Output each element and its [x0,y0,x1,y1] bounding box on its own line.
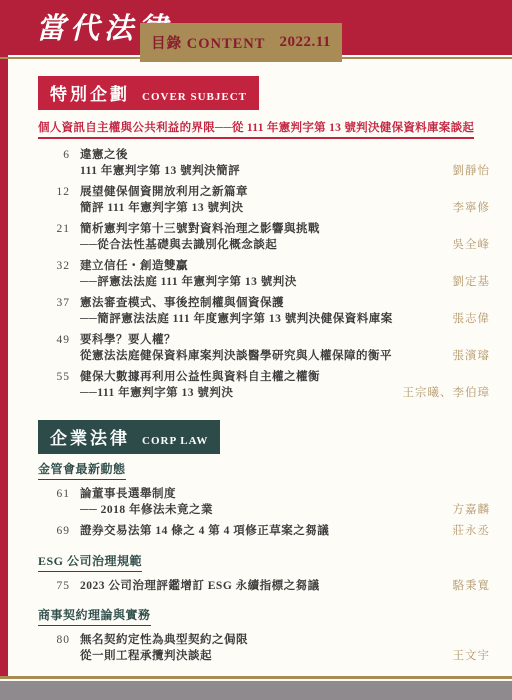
page-number: 32 [38,259,70,275]
corp-group-fsc: 金管會最新動態 61 論董事長選舉制度 ── 2018 年修法未竟之業 方嘉麟 … [38,454,490,540]
article-title-line2: 從憲法法庭健保資料庫案判決談醫學研究與人權保障的衡平 [80,349,445,365]
page-number: 80 [38,633,70,649]
toc-entry: 49 要科學？要人權？ 從憲法法庭健保資料庫案判決談醫學研究與人權保障的衡平 張… [38,333,490,364]
article-title-line2: ──簡評憲法法庭 111 年度憲判字第 13 號判決健保資料庫案 [80,312,445,328]
toc-label: 目錄 CONTENT [151,32,265,53]
article-title: 健保大數據再利用公益性與資料自主權之權衡 ──111 年憲判字第 13 號判決 [80,370,395,401]
article-title-line2: 111 年憲判字第 13 號判決簡評 [80,164,445,180]
toc-entry: 32 建立信任・創造雙贏 ──評憲法法庭 111 年憲判字第 13 號判決 劉定… [38,259,490,290]
article-title-line2: 簡評 111 年憲判字第 13 號判決 [80,201,445,217]
page-number: 49 [38,333,70,349]
page-number: 55 [38,370,70,386]
toc-content: 特別企劃 COVER SUBJECT 個人資訊自主權與公共利益的界限──從 11… [38,76,490,670]
article-title-line2: 從一則工程承攬判決談起 [80,649,445,665]
page-number: 6 [38,148,70,164]
article-title-line1: 建立信任・創造雙贏 [80,259,445,275]
special-article-list: 6 違憲之後 111 年憲判字第 13 號判決簡評 劉靜怡 12 展望健保個資開… [38,148,490,401]
article-title-line1: 論董事長選舉制度 [80,487,445,503]
group-article-list: 80 無名契約定性為典型契約之侷限 從一則工程承攬判決談起 王文宇 [38,633,490,664]
toc-entry: 21 簡析憲判字第十三號對資料治理之影響與挑戰 ──從合法性基礎與去識別化概念談… [38,222,490,253]
article-author: 張濱璿 [453,349,491,365]
page-number: 37 [38,296,70,312]
page-number: 12 [38,185,70,201]
article-title: 展望健保個資開放利用之新篇章 簡評 111 年憲判字第 13 號判決 [80,185,445,216]
page-number: 61 [38,487,70,503]
section-badge-cover-subject: 特別企劃 COVER SUBJECT [38,76,259,110]
toc-entry: 75 2023 公司治理評鑑增訂 ESG 永續指標之芻議 駱秉寬 [38,579,490,595]
article-author: 吳全峰 [453,238,491,254]
group-heading: 金管會最新動態 [38,460,126,480]
corp-group-commercial-contract: 商事契約理論與實務 80 無名契約定性為典型契約之侷限 從一則工程承攬判決談起 … [38,600,490,664]
article-author: 李寧修 [453,201,491,217]
group-heading: ESG 公司治理規範 [38,552,142,572]
section-badge-en: COVER SUBJECT [142,91,247,103]
toc-entry: 6 違憲之後 111 年憲判字第 13 號判決簡評 劉靜怡 [38,148,490,179]
article-title: 要科學？要人權？ 從憲法法庭健保資料庫案判決談醫學研究與人權保障的衡平 [80,333,445,364]
article-title-line1: 違憲之後 [80,148,445,164]
page-number: 21 [38,222,70,238]
footer-divider-rule [0,676,512,679]
article-author: 王文宇 [453,649,491,665]
article-author: 王宗曦、李伯璋 [403,386,491,402]
group-heading: 商事契約理論與實務 [38,606,151,626]
left-margin-strip [0,0,8,676]
section-badge-zh: 特別企劃 [50,85,130,104]
footer-gray-band [0,681,512,700]
article-title-line1: 證券交易法第 14 條之 4 第 4 項修正草案之芻議 [80,524,445,540]
section-badge-corp-law: 企業法律 CORP LAW [38,420,220,454]
article-title-line1: 展望健保個資開放利用之新篇章 [80,185,445,201]
article-title-line1: 無名契約定性為典型契約之侷限 [80,633,445,649]
article-title-line1: 憲法審查模式、事後控制權與個資保護 [80,296,445,312]
toc-entry: 37 憲法審查模式、事後控制權與個資保護 ──簡評憲法法庭 111 年度憲判字第… [38,296,490,327]
toc-title-bar: 目錄 CONTENT 2022.11 [140,23,342,62]
article-title: 簡析憲判字第十三號對資料治理之影響與挑戰 ──從合法性基礎與去識別化概念談起 [80,222,445,253]
section-badge-en: CORP LAW [142,435,208,447]
article-title: 論董事長選舉制度 ── 2018 年修法未竟之業 [80,487,445,518]
article-title: 2023 公司治理評鑑增訂 ESG 永續指標之芻議 [80,579,445,595]
special-section-headline: 個人資訊自主權與公共利益的界限──從 111 年憲判字第 13 號判決健保資料庫… [38,119,474,139]
toc-entry: 80 無名契約定性為典型契約之侷限 從一則工程承攬判決談起 王文宇 [38,633,490,664]
toc-entry: 69 證券交易法第 14 條之 4 第 4 項修正草案之芻議 莊永丞 [38,524,490,540]
article-author: 莊永丞 [453,524,491,540]
article-author: 方嘉麟 [453,503,491,519]
article-title: 證券交易法第 14 條之 4 第 4 項修正草案之芻議 [80,524,445,540]
article-author: 劉靜怡 [453,164,491,180]
group-article-list: 61 論董事長選舉制度 ── 2018 年修法未竟之業 方嘉麟 69 證券交易法… [38,487,490,540]
issue-number: 2022.11 [279,34,330,51]
article-title: 無名契約定性為典型契約之侷限 從一則工程承攬判決談起 [80,633,445,664]
article-title-line1: 健保大數據再利用公益性與資料自主權之權衡 [80,370,395,386]
corp-group-esg: ESG 公司治理規範 75 2023 公司治理評鑑增訂 ESG 永續指標之芻議 … [38,546,490,595]
article-title-line2: ──評憲法法庭 111 年憲判字第 13 號判決 [80,275,445,291]
article-author: 張志偉 [453,312,491,328]
article-title-line2: ── 2018 年修法未竟之業 [80,503,445,519]
article-title-line1: 2023 公司治理評鑑增訂 ESG 永續指標之芻議 [80,579,445,595]
toc-entry: 55 健保大數據再利用公益性與資料自主權之權衡 ──111 年憲判字第 13 號… [38,370,490,401]
section-badge-zh: 企業法律 [50,429,130,448]
article-title: 違憲之後 111 年憲判字第 13 號判決簡評 [80,148,445,179]
article-title-line1: 簡析憲判字第十三號對資料治理之影響與挑戰 [80,222,445,238]
article-title: 建立信任・創造雙贏 ──評憲法法庭 111 年憲判字第 13 號判決 [80,259,445,290]
toc-entry: 12 展望健保個資開放利用之新篇章 簡評 111 年憲判字第 13 號判決 李寧… [38,185,490,216]
page-number: 69 [38,524,70,540]
article-title-line1: 要科學？要人權？ [80,333,445,349]
article-title-line2: ──111 年憲判字第 13 號判決 [80,386,395,402]
page-number: 75 [38,579,70,595]
article-title-line2: ──從合法性基礎與去識別化概念談起 [80,238,445,254]
article-title: 憲法審查模式、事後控制權與個資保護 ──簡評憲法法庭 111 年度憲判字第 13… [80,296,445,327]
toc-entry: 61 論董事長選舉制度 ── 2018 年修法未竟之業 方嘉麟 [38,487,490,518]
group-article-list: 75 2023 公司治理評鑑增訂 ESG 永續指標之芻議 駱秉寬 [38,579,490,595]
article-author: 劉定基 [453,275,491,291]
article-author: 駱秉寬 [453,579,491,595]
